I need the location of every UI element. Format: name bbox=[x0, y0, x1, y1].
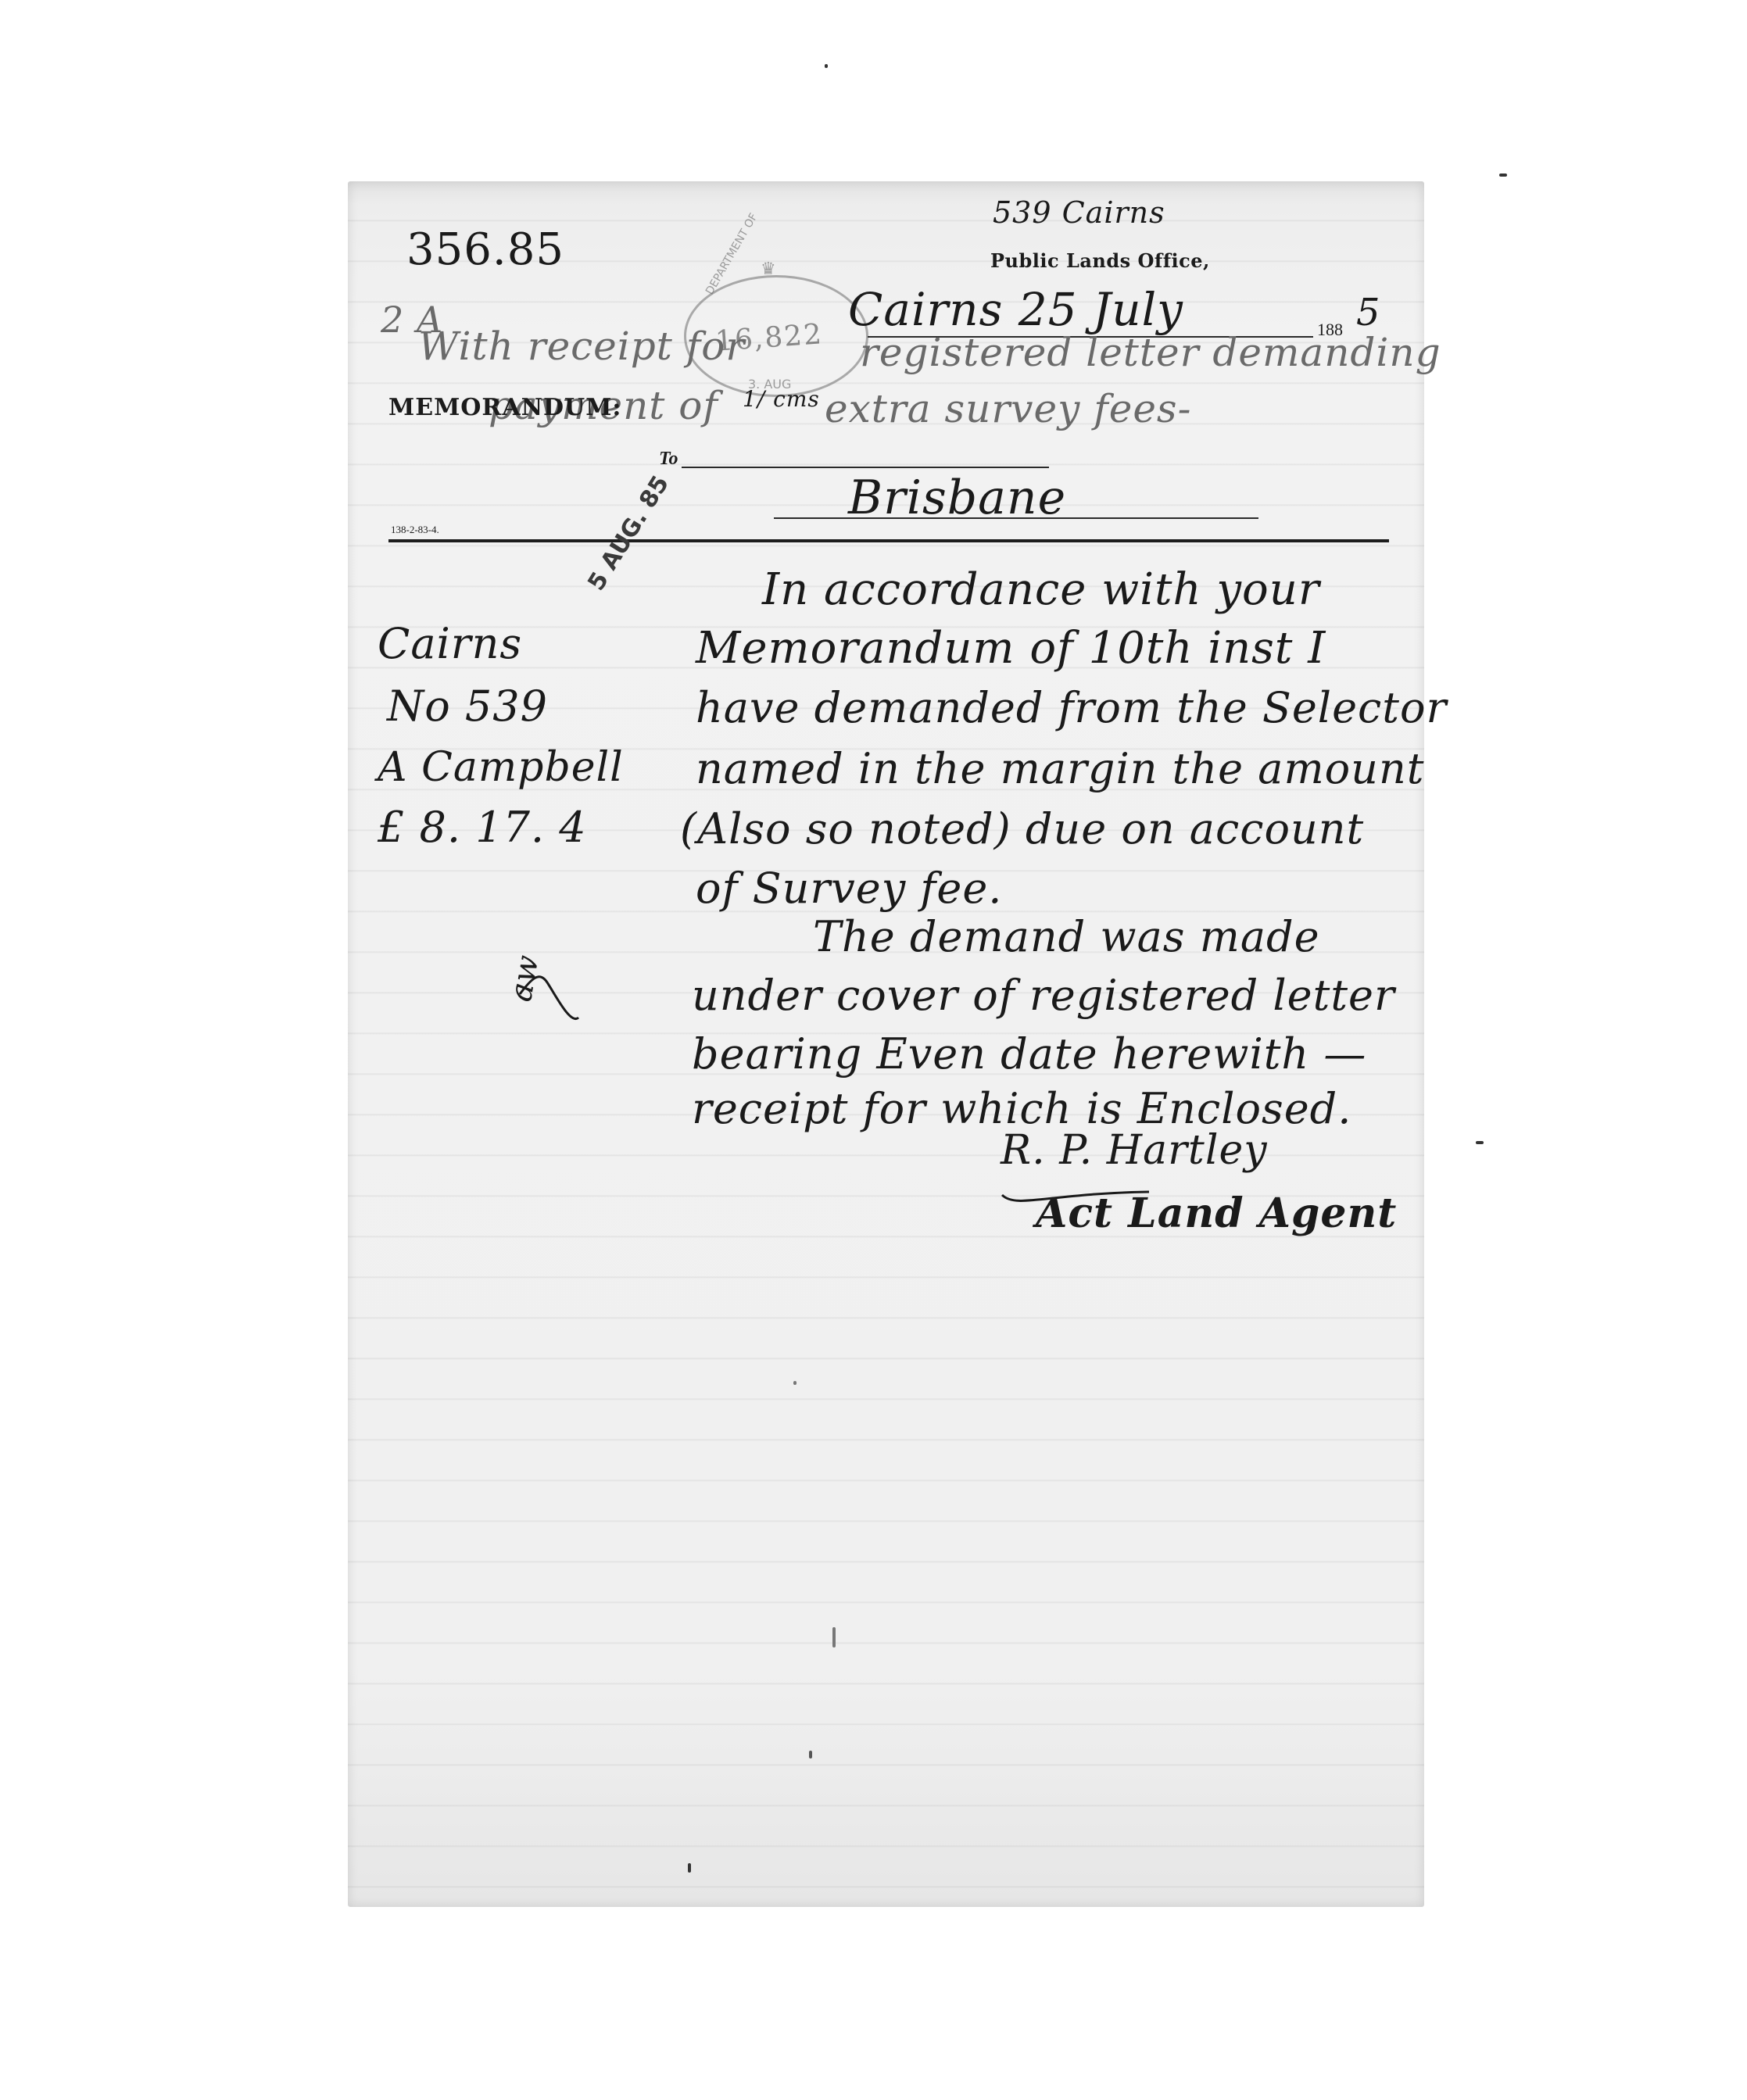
form-code: 138-2-83-4. bbox=[391, 524, 439, 536]
body-line: bearing Even date herewith — bbox=[692, 1029, 1366, 1079]
signature: R. P. Hartley bbox=[1001, 1127, 1268, 1174]
scan-speck bbox=[809, 1751, 812, 1758]
body-line: (Also so noted) due on account bbox=[680, 804, 1364, 853]
date-stamp: 5 AUG. 85 bbox=[582, 471, 675, 596]
crown-icon: ♛ bbox=[761, 259, 776, 279]
body-line: In accordance with your bbox=[762, 564, 1320, 615]
scan-speck bbox=[1476, 1141, 1484, 1144]
body-line: of Survey fee. bbox=[696, 864, 1002, 913]
addressee-line-2: Brisbane bbox=[848, 470, 1066, 525]
body-line: named in the margin the amount bbox=[696, 744, 1424, 793]
scan-speck bbox=[832, 1627, 836, 1647]
reference-note: 539 Cairns bbox=[993, 195, 1165, 230]
place-date: Cairns 25 July bbox=[848, 283, 1183, 336]
margin-note-selector: A Campbell bbox=[378, 744, 624, 791]
subject-line-2-insert: 1/ cms bbox=[743, 386, 820, 412]
body-line: The demand was made bbox=[813, 912, 1320, 961]
scan-speck bbox=[825, 64, 828, 68]
memorandum-label: MEMORANDUM: bbox=[388, 394, 622, 421]
to-label: To bbox=[659, 449, 678, 470]
scan-speck bbox=[793, 1381, 797, 1385]
initials-flourish-icon bbox=[516, 963, 586, 1033]
subject-line-2b: extra survey fees- bbox=[825, 386, 1191, 431]
scan-speck bbox=[1499, 174, 1507, 177]
body-line: have demanded from the Selector bbox=[696, 683, 1447, 732]
scan-speck bbox=[688, 1863, 691, 1873]
subject-line-1b: registered letter demanding bbox=[860, 330, 1441, 375]
body-line: Memorandum of 10th inst I bbox=[696, 623, 1326, 674]
office-heading: Public Lands Office, bbox=[990, 249, 1210, 272]
year-written: 5 bbox=[1356, 291, 1381, 334]
body-line: receipt for which is Enclosed. bbox=[692, 1084, 1351, 1133]
addressee-line-1-rule bbox=[682, 467, 1049, 468]
margin-note-amount: £ 8. 17. 4 bbox=[378, 803, 587, 852]
body-line: under cover of registered letter bbox=[692, 971, 1395, 1020]
memorandum-page: 356.85 539 Cairns Public Lands Office, 2… bbox=[348, 181, 1424, 1907]
margin-note-place: Cairns bbox=[378, 619, 522, 668]
header-divider bbox=[388, 539, 1389, 542]
margin-note-number: No 539 bbox=[387, 682, 548, 731]
signature-title: Act Land Agent bbox=[1036, 1190, 1397, 1237]
file-number: 356.85 bbox=[406, 224, 564, 275]
subject-line-1: With receipt for bbox=[418, 324, 745, 369]
